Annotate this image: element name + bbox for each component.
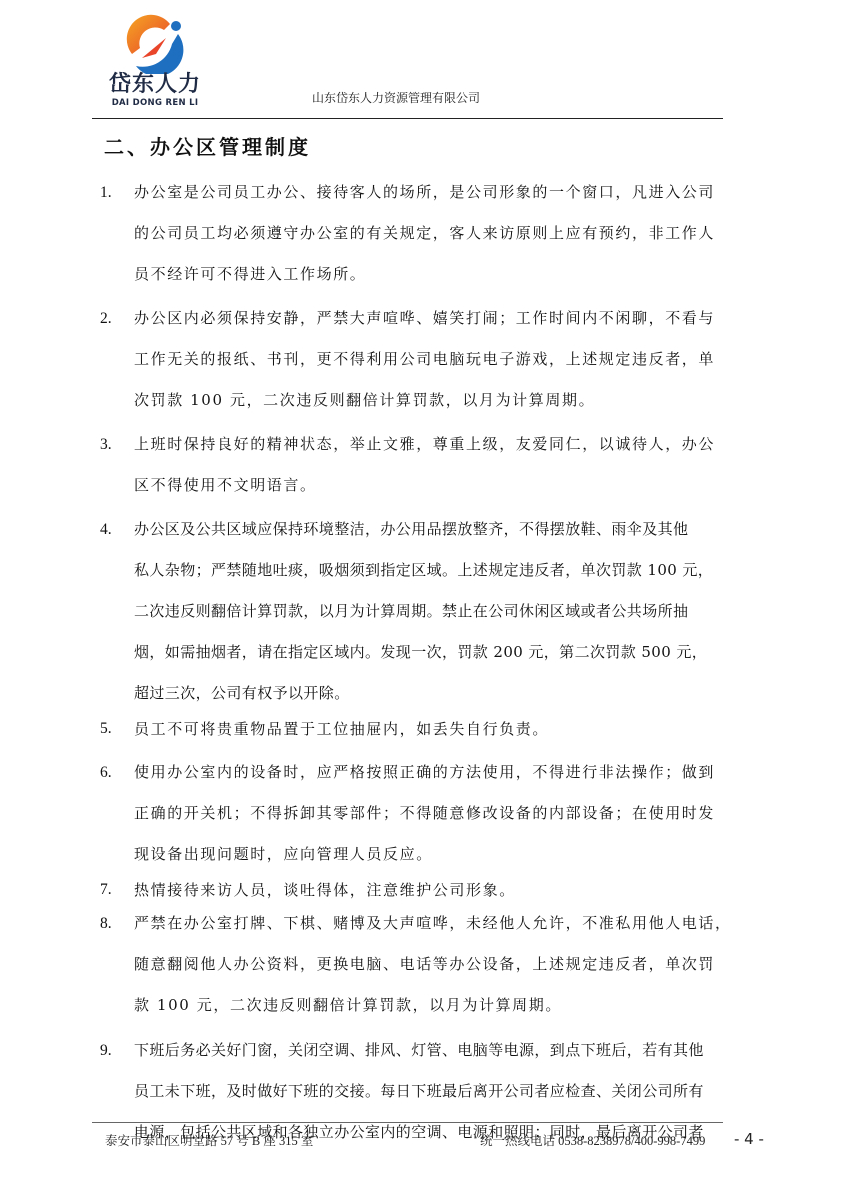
item-number: 9. <box>100 1030 112 1071</box>
item-line: 烟，如需抽烟者，请在指定区域内。发现一次，罚款 200 元，第二次罚款 500 … <box>134 632 740 673</box>
item-line: 款 100 元，二次违反则翻倍计算罚款，以月为计算周期。 <box>134 985 740 1026</box>
item-line: 使用办公室内的设备时，应严格按照正确的方法使用，不得进行非法操作；做到 <box>134 752 740 793</box>
header-divider <box>92 118 723 119</box>
item-line: 正确的开关机；不得拆卸其零部件；不得随意修改设备的内部设备；在使用时发 <box>134 793 740 834</box>
list-item: 4. 办公区及公共区域应保持环境整洁，办公用品摆放整齐，不得摆放鞋、雨伞及其他 … <box>100 509 740 714</box>
item-line: 下班后务必关好门窗，关闭空调、排风、灯管、电脑等电源，到点下班后，若有其他 <box>134 1030 740 1071</box>
item-number: 6. <box>100 752 112 793</box>
item-line: 上班时保持良好的精神状态，举止文雅，尊重上级，友爱同仁，以诚待人，办公 <box>134 424 740 465</box>
item-number: 1. <box>100 172 112 213</box>
footer-hotline: 统一热线电话 0538-8238978/400-998-7499 <box>480 1131 705 1149</box>
item-number: 8. <box>100 903 112 944</box>
item-line: 员不经许可不得进入工作场所。 <box>134 254 740 295</box>
logo-emblem-icon <box>120 14 188 74</box>
section-title: 二、办公区管理制度 <box>104 131 311 160</box>
footer-divider <box>92 1122 723 1123</box>
item-line: 办公区及公共区域应保持环境整洁，办公用品摆放整齐，不得摆放鞋、雨伞及其他 <box>134 509 740 550</box>
item-line: 二次违反则翻倍计算罚款，以月为计算周期。禁止在公司休闲区域或者公共场所抽 <box>134 591 740 632</box>
item-line: 办公区内必须保持安静，严禁大声喧哗、嬉笑打闹；工作时间内不闲聊，不看与 <box>134 298 740 339</box>
item-line: 热情接待来访人员，谈吐得体，注意维护公司形象。 <box>134 875 740 905</box>
item-number: 7. <box>100 875 112 905</box>
item-number: 3. <box>100 424 112 465</box>
company-logo: 岱东人力 DAI DONG REN LI <box>100 12 210 107</box>
item-line: 的公司员工均必须遵守办公室的有关规定，客人来访原则上应有预约，非工作人 <box>134 213 740 254</box>
list-item: 5. 员工不可将贵重物品置于工位抽屉内，如丢失自行负责。 <box>100 714 740 744</box>
header-company-name: 山东岱东人力资源管理有限公司 <box>312 89 480 106</box>
list-item: 7. 热情接待来访人员，谈吐得体，注意维护公司形象。 <box>100 875 740 905</box>
item-line: 员工未下班，及时做好下班的交接。每日下班最后离开公司者应检查、关闭公司所有 <box>134 1071 740 1112</box>
item-line: 工作无关的报纸、书刊，更不得利用公司电脑玩电子游戏，上述规定违反者，单 <box>134 339 740 380</box>
item-line: 随意翻阅他人办公资料，更换电脑、电话等办公设备，上述规定违反者，单次罚 <box>134 944 740 985</box>
item-line: 严禁在办公室打牌、下棋、赌博及大声喧哗，未经他人允许，不准私用他人电话， <box>134 903 740 944</box>
list-item: 6. 使用办公室内的设备时，应严格按照正确的方法使用，不得进行非法操作；做到 正… <box>100 752 740 875</box>
item-line: 员工不可将贵重物品置于工位抽屉内，如丢失自行负责。 <box>134 714 740 744</box>
footer-address: 泰安市泰山区明堂路 57 号 B 座 315 室 <box>105 1131 313 1149</box>
item-number: 5. <box>100 714 112 744</box>
item-line: 次罚款 100 元，二次违反则翻倍计算罚款，以月为计算周期。 <box>134 380 740 421</box>
item-number: 4. <box>100 509 112 550</box>
list-item: 8. 严禁在办公室打牌、下棋、赌博及大声喧哗，未经他人允许，不准私用他人电话， … <box>100 903 740 1026</box>
list-item: 3. 上班时保持良好的精神状态，举止文雅，尊重上级，友爱同仁，以诚待人，办公 区… <box>100 424 740 506</box>
item-line: 超过三次，公司有权予以开除。 <box>134 673 740 714</box>
rules-list: 1. 办公室是公司员工办公、接待客人的场所，是公司形象的一个窗口，凡进入公司 的… <box>100 172 740 1153</box>
logo-brand-cn: 岱东人力 <box>100 74 210 96</box>
item-line: 现设备出现问题时，应向管理人员反应。 <box>134 834 740 875</box>
item-line: 区不得使用不文明语言。 <box>134 465 740 506</box>
item-number: 2. <box>100 298 112 339</box>
item-line: 办公室是公司员工办公、接待客人的场所，是公司形象的一个窗口，凡进入公司 <box>134 172 740 213</box>
list-item: 2. 办公区内必须保持安静，严禁大声喧哗、嬉笑打闹；工作时间内不闲聊，不看与 工… <box>100 298 740 421</box>
item-line: 私人杂物；严禁随地吐痰，吸烟须到指定区域。上述规定违反者，单次罚款 100 元， <box>134 550 740 591</box>
list-item: 1. 办公室是公司员工办公、接待客人的场所，是公司形象的一个窗口，凡进入公司 的… <box>100 172 740 295</box>
page-number: - 4 - <box>734 1130 764 1148</box>
logo-brand-en: DAI DONG REN LI <box>100 98 210 108</box>
